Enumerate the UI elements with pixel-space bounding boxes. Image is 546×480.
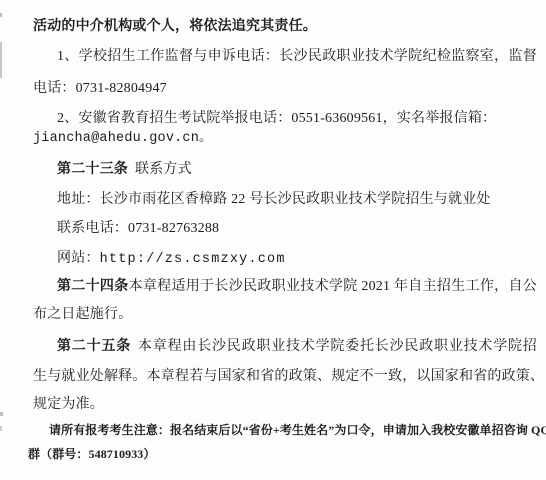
website-label: 网站：: [57, 251, 100, 266]
scan-artifact: [0, 13, 2, 17]
liability-paragraph-tail: 活动的中介机构或个人，将依法追究其责任。: [33, 17, 317, 37]
supervision-item2-line1: 2、安徽省教育招生考试院举报电话：0551-63609561，实名举报信箱：: [57, 109, 496, 129]
website-url: http://zs.csmzxy.com: [100, 252, 286, 267]
supervision-item1-line1: 1、学校招生工作监督与申诉电话：长沙民政职业技术学院纪检监察室，监督: [57, 47, 537, 67]
article-24-line2: 布之日起施行。: [33, 305, 132, 325]
scan-artifact: [0, 412, 3, 416]
article-24-number: 第二十四条: [57, 279, 129, 294]
contact-address: 地址：长沙市雨花区香樟路 22 号长沙民政职业技术学院招生与就业处: [57, 190, 491, 210]
article-25-line3: 规定为准。: [33, 395, 104, 415]
scan-artifact: [0, 42, 2, 78]
article-23-heading: 第二十三条联系方式: [57, 160, 192, 180]
supervision-item1-line2: 电话：0731-82804947: [33, 79, 167, 99]
article-25-line1: 第二十五条本章程由长沙民政职业技术学院委托长沙民政职业技术学院招: [57, 337, 537, 357]
report-email: jiancha@ahedu.gov.cn。: [33, 129, 213, 149]
article-25-number: 第二十五条: [57, 339, 131, 354]
article-25-text: 本章程由长沙民政职业技术学院委托长沙民政职业技术学院招: [138, 339, 537, 354]
article-23-number: 第二十三条: [57, 162, 128, 177]
article-23-title: 联系方式: [135, 162, 192, 177]
scan-artifact: [0, 426, 2, 431]
applicant-notice-line1: 请所有报考考生注意：报名结束后以“省份+考生姓名”为口令，申请加入我校安徽单招咨…: [49, 421, 538, 439]
applicant-notice-line2: 群（群号：548710933）: [28, 445, 156, 463]
document-page: 活动的中介机构或个人，将依法追究其责任。 1、学校招生工作监督与申诉电话：长沙民…: [0, 0, 546, 480]
article-24-line1: 第二十四条本章程适用于长沙民政职业技术学院 2021 年自主招生工作，自公: [57, 277, 537, 297]
article-25-line2: 生与就业处解释。本章程若与国家和省的政策、规定不一致，以国家和省的政策、: [33, 367, 537, 387]
article-24-text: 本章程适用于长沙民政职业技术学院 2021 年自主招生工作，自公: [129, 279, 537, 294]
contact-phone: 联系电话：0731-82763288: [57, 219, 219, 239]
contact-website: 网站：http://zs.csmzxy.com: [57, 249, 286, 270]
